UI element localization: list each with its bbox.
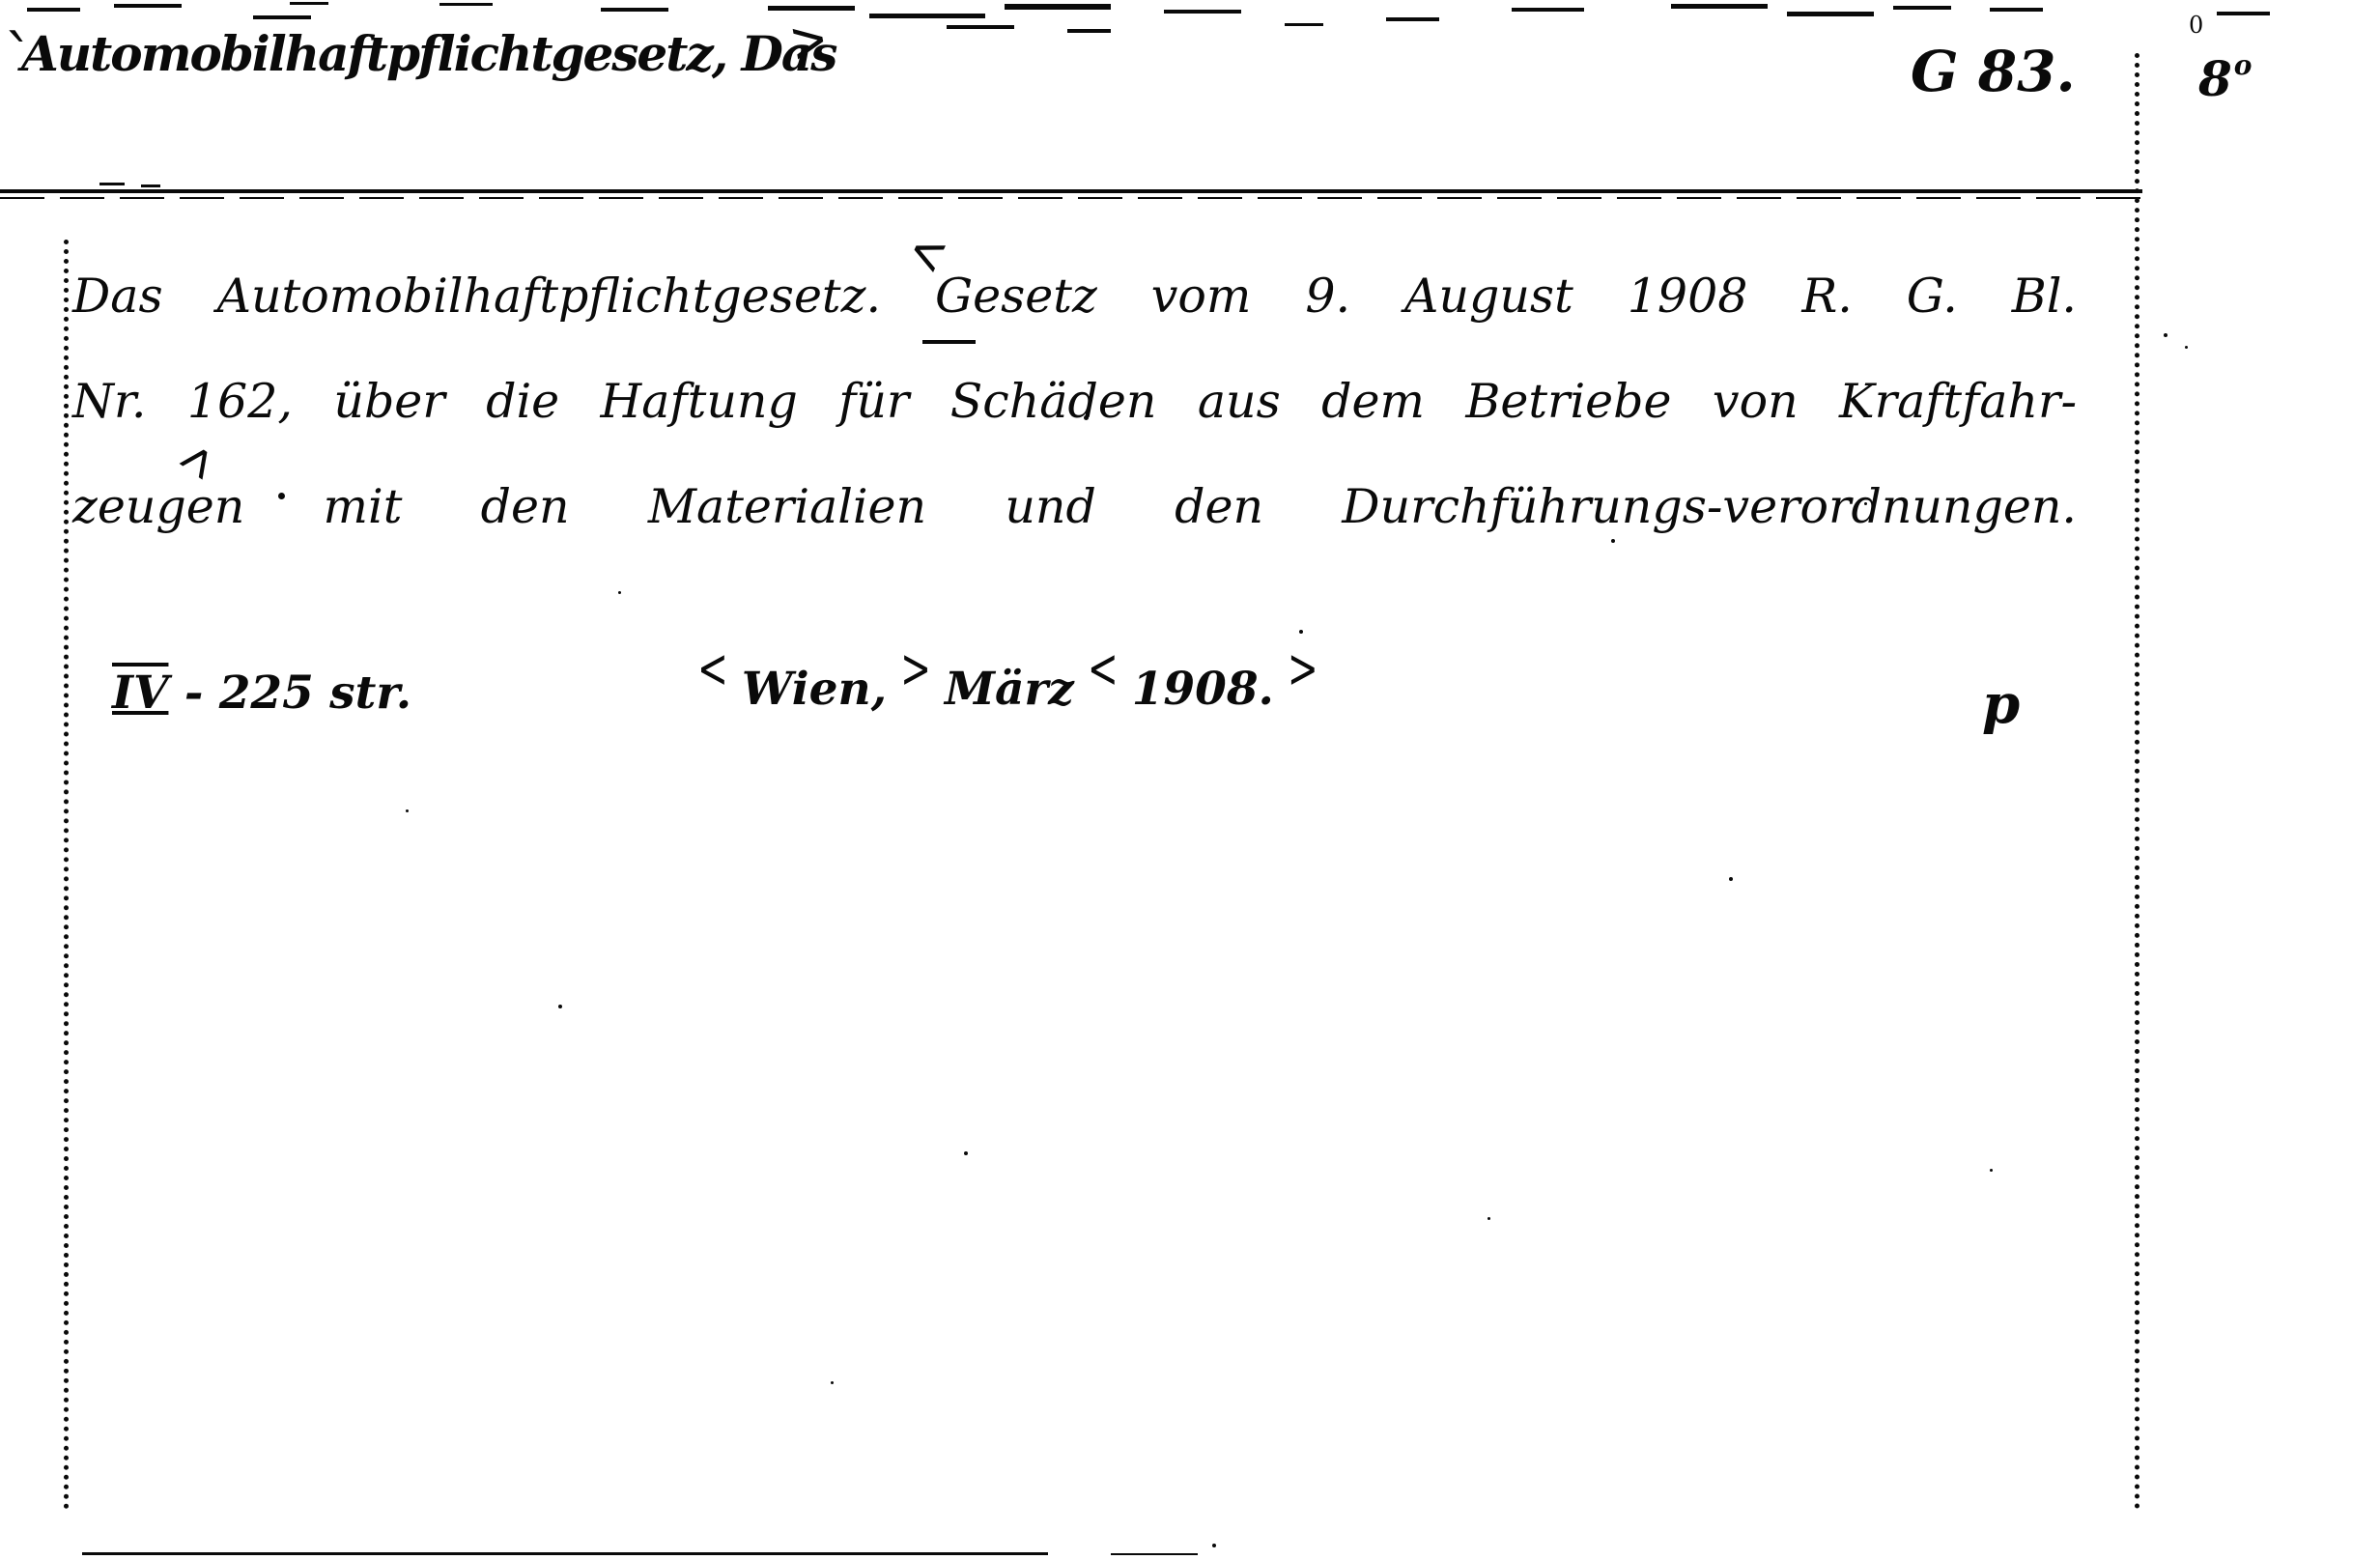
rule-fragment bbox=[141, 184, 160, 187]
rule-fragment bbox=[99, 183, 125, 185]
catalog-card: ` Automobilhaftpflichtgesetz, Das > G 83… bbox=[0, 0, 2380, 1560]
body-line-1: Das Automobilhaftpflichtgesetz. Gesetz v… bbox=[72, 243, 2077, 349]
open-angle-mark: < bbox=[1088, 637, 1119, 700]
call-number: IV - 225 str. bbox=[112, 667, 411, 720]
body-line-3: zeugen mit den Materialien und den Durch… bbox=[72, 454, 2077, 559]
degree-sign: o bbox=[2234, 49, 2252, 81]
card-body: Das Automobilhaftpflichtgesetz. Gesetz v… bbox=[72, 243, 2077, 559]
close-angle-mark: > bbox=[1288, 637, 1318, 700]
bottom-edge-line bbox=[82, 1552, 1048, 1555]
stray-pen-mark: 0 bbox=[2189, 12, 2203, 39]
format-number: 8 bbox=[2198, 50, 2232, 107]
place-name: Wien, bbox=[742, 663, 887, 716]
shelfmark: G 83. bbox=[1911, 39, 2076, 104]
call-number-rest: - 225 str. bbox=[184, 667, 411, 720]
place-and-date: < Wien, > März < 1908. > bbox=[697, 663, 1318, 716]
header-rule-secondary bbox=[0, 197, 2142, 199]
cataloguer-initial: p bbox=[1982, 672, 2020, 736]
left-dotted-border bbox=[64, 240, 69, 1510]
card-title: Automobilhaftpflichtgesetz, Das bbox=[21, 25, 836, 82]
format-notation: 8o bbox=[2198, 50, 2250, 107]
right-dotted-border bbox=[2135, 53, 2139, 1510]
close-angle-mark: > bbox=[900, 637, 931, 700]
body-line-2: Nr. 162, über die Haftung für Schäden au… bbox=[72, 349, 2077, 454]
header-rule bbox=[0, 189, 2142, 193]
open-angle-mark: < bbox=[697, 637, 728, 700]
volume-roman-numeral: IV bbox=[112, 667, 168, 720]
underline-mark-gesetz bbox=[922, 340, 976, 344]
month-name: März bbox=[945, 663, 1074, 716]
bottom-edge-line-fragment bbox=[1111, 1553, 1198, 1555]
year-value: 1908. bbox=[1132, 663, 1274, 716]
